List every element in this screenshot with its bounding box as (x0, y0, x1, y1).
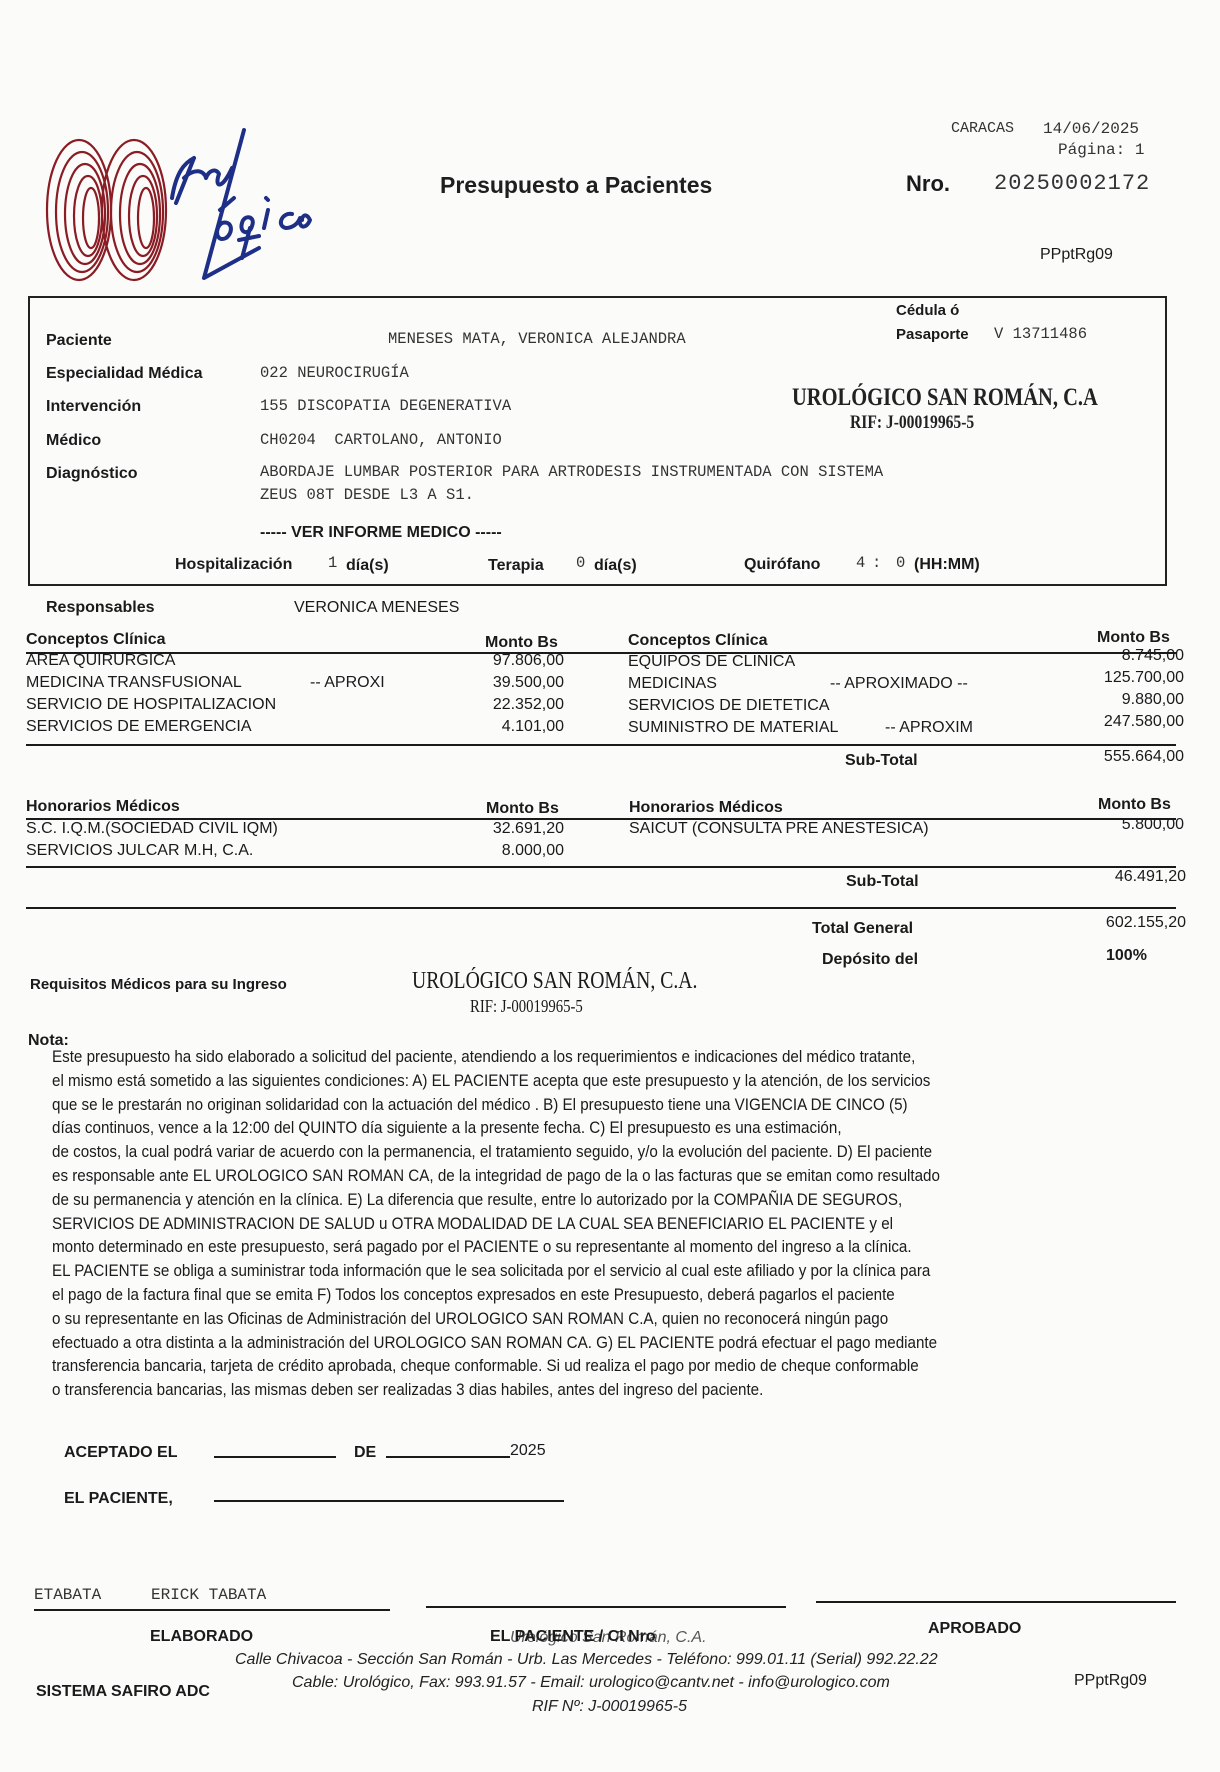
nota-line: transferencia bancaria, tarjeta de crédi… (52, 1355, 1059, 1379)
concept-amount: 22.352,00 (440, 696, 564, 714)
city: CARACAS (951, 120, 1014, 137)
concept-amount: 8.745,00 (1060, 647, 1184, 665)
total-general: 602.155,20 (1060, 914, 1186, 932)
deposit-percent: 100% (1106, 947, 1147, 965)
fees-header-left: Honorarios Médicos (26, 798, 180, 816)
hospitalization-label: Hospitalización (175, 556, 292, 574)
company-stamp-name: UROLÓGICO SAN ROMÁN, C.A (792, 384, 1098, 412)
accepted-year: 2025 (510, 1442, 546, 1460)
nota-line: de su permanencia y atención en la clíni… (52, 1189, 1059, 1213)
fees-amount-header-left: Monto Bs (486, 800, 559, 818)
diagnosis-line-2: ZEUS 08T DESDE L3 A S1. (260, 486, 474, 504)
nota-line: el pago de la factura final que se emita… (52, 1284, 1059, 1308)
diagnosis-line-1: ABORDAJE LUMBAR POSTERIOR PARA ARTRODESI… (260, 463, 883, 481)
patient-signature-line[interactable] (214, 1500, 564, 1502)
budget-number-label: Nro. (906, 171, 950, 197)
concept-note: -- APROXIMADO -- (830, 675, 968, 693)
nota-line: días continuos, vence a la 12:00 del QUI… (52, 1117, 1059, 1141)
concept-name: AREA QUIRURGICA (26, 652, 175, 670)
footer-company-name: Urológico San Román, C.A. (510, 1629, 707, 1647)
divider (26, 652, 1176, 654)
clinic-subtotal: 555.664,00 (1060, 748, 1184, 766)
accepted-day-line[interactable] (214, 1456, 336, 1458)
operating-room-unit: (HH:MM) (914, 556, 980, 574)
concept-amount: 32.691,20 (440, 820, 564, 838)
pasaporte-label: Pasaporte (896, 326, 969, 343)
concept-amount: 4.101,00 (440, 718, 564, 736)
therapy-days: 0 (576, 554, 585, 572)
patient-id-signature-line (426, 1606, 786, 1608)
concept-name: SERVICIOS JULCAR M.H, C.A. (26, 842, 253, 860)
concept-amount: 5.800,00 (1060, 816, 1184, 834)
footer-rif: RIF Nº: J-00019965-5 (532, 1698, 687, 1716)
document-title: Presupuesto a Pacientes (440, 172, 712, 199)
prepared-signature-line (34, 1609, 390, 1611)
patient-signature-label: EL PACIENTE, (64, 1490, 173, 1508)
concept-name: SUMINISTRO DE MATERIAL (628, 719, 838, 737)
concept-name: SAICUT (CONSULTA PRE ANESTESICA) (629, 820, 929, 838)
divider (26, 866, 1176, 868)
concept-amount: 39.500,00 (440, 674, 564, 692)
footer-address: Calle Chivacoa - Sección San Román - Urb… (235, 1651, 938, 1669)
nota-line: monto determinado en este presupuesto, s… (52, 1236, 1059, 1260)
clinic-concepts-header-left: Conceptos Clínica (26, 631, 166, 649)
patient-id: V 13711486 (994, 325, 1087, 343)
operating-room-hours: 4 (856, 554, 865, 572)
see-medical-report-link[interactable]: ----- VER INFORME MEDICO ----- (260, 524, 502, 542)
concept-note: -- APROXIM (885, 719, 973, 737)
logo-rings-icon (44, 128, 354, 288)
nota-line: o su representante en las Oficinas de Ad… (52, 1308, 1059, 1332)
concept-name: SERVICIOS DE EMERGENCIA (26, 718, 252, 736)
intervention-value: 155 DISCOPATIA DEGENERATIVA (260, 397, 511, 415)
company-stamp-2-rif: RIF: J-00019965-5 (470, 996, 583, 1017)
intervention-label: Intervención (46, 398, 141, 416)
nota-line: SERVICIOS DE ADMINISTRACION DE SALUD u O… (52, 1213, 1059, 1237)
fees-header-right: Honorarios Médicos (629, 799, 783, 817)
fees-amount-header-right: Monto Bs (1098, 796, 1171, 814)
fees-subtotal: 46.491,20 (1060, 868, 1186, 886)
divider (26, 907, 1176, 909)
specialty-label: Especialidad Médica (46, 365, 203, 383)
patient-label: Paciente (46, 332, 112, 350)
nota-line: Este presupuesto ha sido elaborado a sol… (52, 1046, 1059, 1070)
accepted-label: ACEPTADO EL (64, 1444, 177, 1462)
footer-form-code: PPptRg09 (1074, 1672, 1147, 1690)
patient-name: MENESES MATA, VERONICA ALEJANDRA (388, 330, 686, 348)
budget-number: 20250002172 (994, 171, 1150, 196)
concept-amount: 125.700,00 (1060, 669, 1184, 687)
nota-line: de costos, la cual podrá variar de acuer… (52, 1141, 1059, 1165)
company-stamp-2-name: UROLÓGICO SAN ROMÁN, C.A. (412, 968, 697, 995)
footer-contact: Cable: Urológico, Fax: 993.91.57 - Email… (292, 1674, 890, 1692)
operating-room-minutes: 0 (896, 554, 905, 572)
form-code: PPptRg09 (1040, 246, 1113, 264)
responsible-label: Responsables (46, 599, 154, 617)
approved-signature-line (816, 1601, 1176, 1603)
nota-line: es responsable ante EL UROLOGICO SAN ROM… (52, 1165, 1059, 1189)
nota-line: efectuado a otra distinta a la administr… (52, 1332, 1059, 1356)
concept-amount: 9.880,00 (1060, 691, 1184, 709)
doctor-label: Médico (46, 432, 101, 450)
nota-line: EL PACIENTE se obliga a suministrar toda… (52, 1260, 1059, 1284)
responsible-value: VERONICA MENESES (294, 599, 459, 617)
concept-name: MEDICINA TRANSFUSIONAL (26, 674, 242, 692)
hospitalization-unit: día(s) (346, 557, 389, 575)
concept-name: S.C. I.Q.M.(SOCIEDAD CIVIL IQM) (26, 820, 278, 838)
prepared-label: ELABORADO (150, 1628, 253, 1646)
clinic-concepts-header-right: Conceptos Clínica (628, 632, 768, 650)
page-number: Página: 1 (1058, 141, 1144, 159)
diagnosis-label: Diagnóstico (46, 465, 138, 483)
approved-label: APROBADO (928, 1620, 1021, 1638)
urologico-logo (44, 128, 354, 288)
cedula-label: Cédula ó (896, 302, 959, 319)
concept-name: MEDICINAS (628, 675, 717, 693)
hospitalization-days: 1 (328, 554, 337, 572)
system-name: SISTEMA SAFIRO ADC (36, 1683, 210, 1701)
nota-line: que se le prestarán no originan solidari… (52, 1094, 1059, 1118)
clinic-subtotal-label: Sub-Total (845, 752, 918, 770)
prepared-by-name: ERICK TABATA (151, 1586, 266, 1604)
nota-line: o transferencia bancarias, las mismas de… (52, 1379, 1059, 1403)
divider (26, 744, 1176, 746)
nota-line: el mismo está sometido a las siguientes … (52, 1070, 1059, 1094)
nota-terms-text: Este presupuesto ha sido elaborado a sol… (52, 1046, 1059, 1403)
accepted-of-label: DE (354, 1444, 376, 1462)
clinic-amount-header-right: Monto Bs (1097, 629, 1170, 647)
therapy-unit: día(s) (594, 557, 637, 575)
concept-name: SERVICIO DE HOSPITALIZACION (26, 696, 276, 714)
concept-note: -- APROXI (310, 674, 385, 692)
specialty-value: 022 NEUROCIRUGÍA (260, 364, 409, 382)
doctor-value: CH0204 CARTOLANO, ANTONIO (260, 431, 502, 449)
fees-subtotal-label: Sub-Total (846, 873, 919, 891)
clinic-amount-header-left: Monto Bs (485, 634, 558, 652)
total-label: Total General (812, 920, 913, 938)
prepared-by-code: ETABATA (34, 1586, 101, 1604)
concept-amount: 247.580,00 (1060, 713, 1184, 731)
concept-amount: 8.000,00 (440, 842, 564, 860)
deposit-label: Depósito del (822, 951, 918, 969)
accepted-month-line[interactable] (386, 1456, 510, 1458)
operating-room-label: Quirófano (744, 556, 820, 574)
concept-name: EQUIPOS DE CLINICA (628, 653, 795, 671)
requirements-label: Requisitos Médicos para su Ingreso (30, 976, 287, 993)
concept-name: SERVICIOS DE DIETETICA (628, 697, 830, 715)
therapy-label: Terapia (488, 557, 544, 575)
concept-amount: 97.806,00 (440, 652, 564, 670)
document-date: 14/06/2025 (1043, 120, 1139, 138)
operating-room-sep: : (872, 554, 881, 572)
company-stamp-rif: RIF: J-00019965-5 (850, 412, 974, 434)
